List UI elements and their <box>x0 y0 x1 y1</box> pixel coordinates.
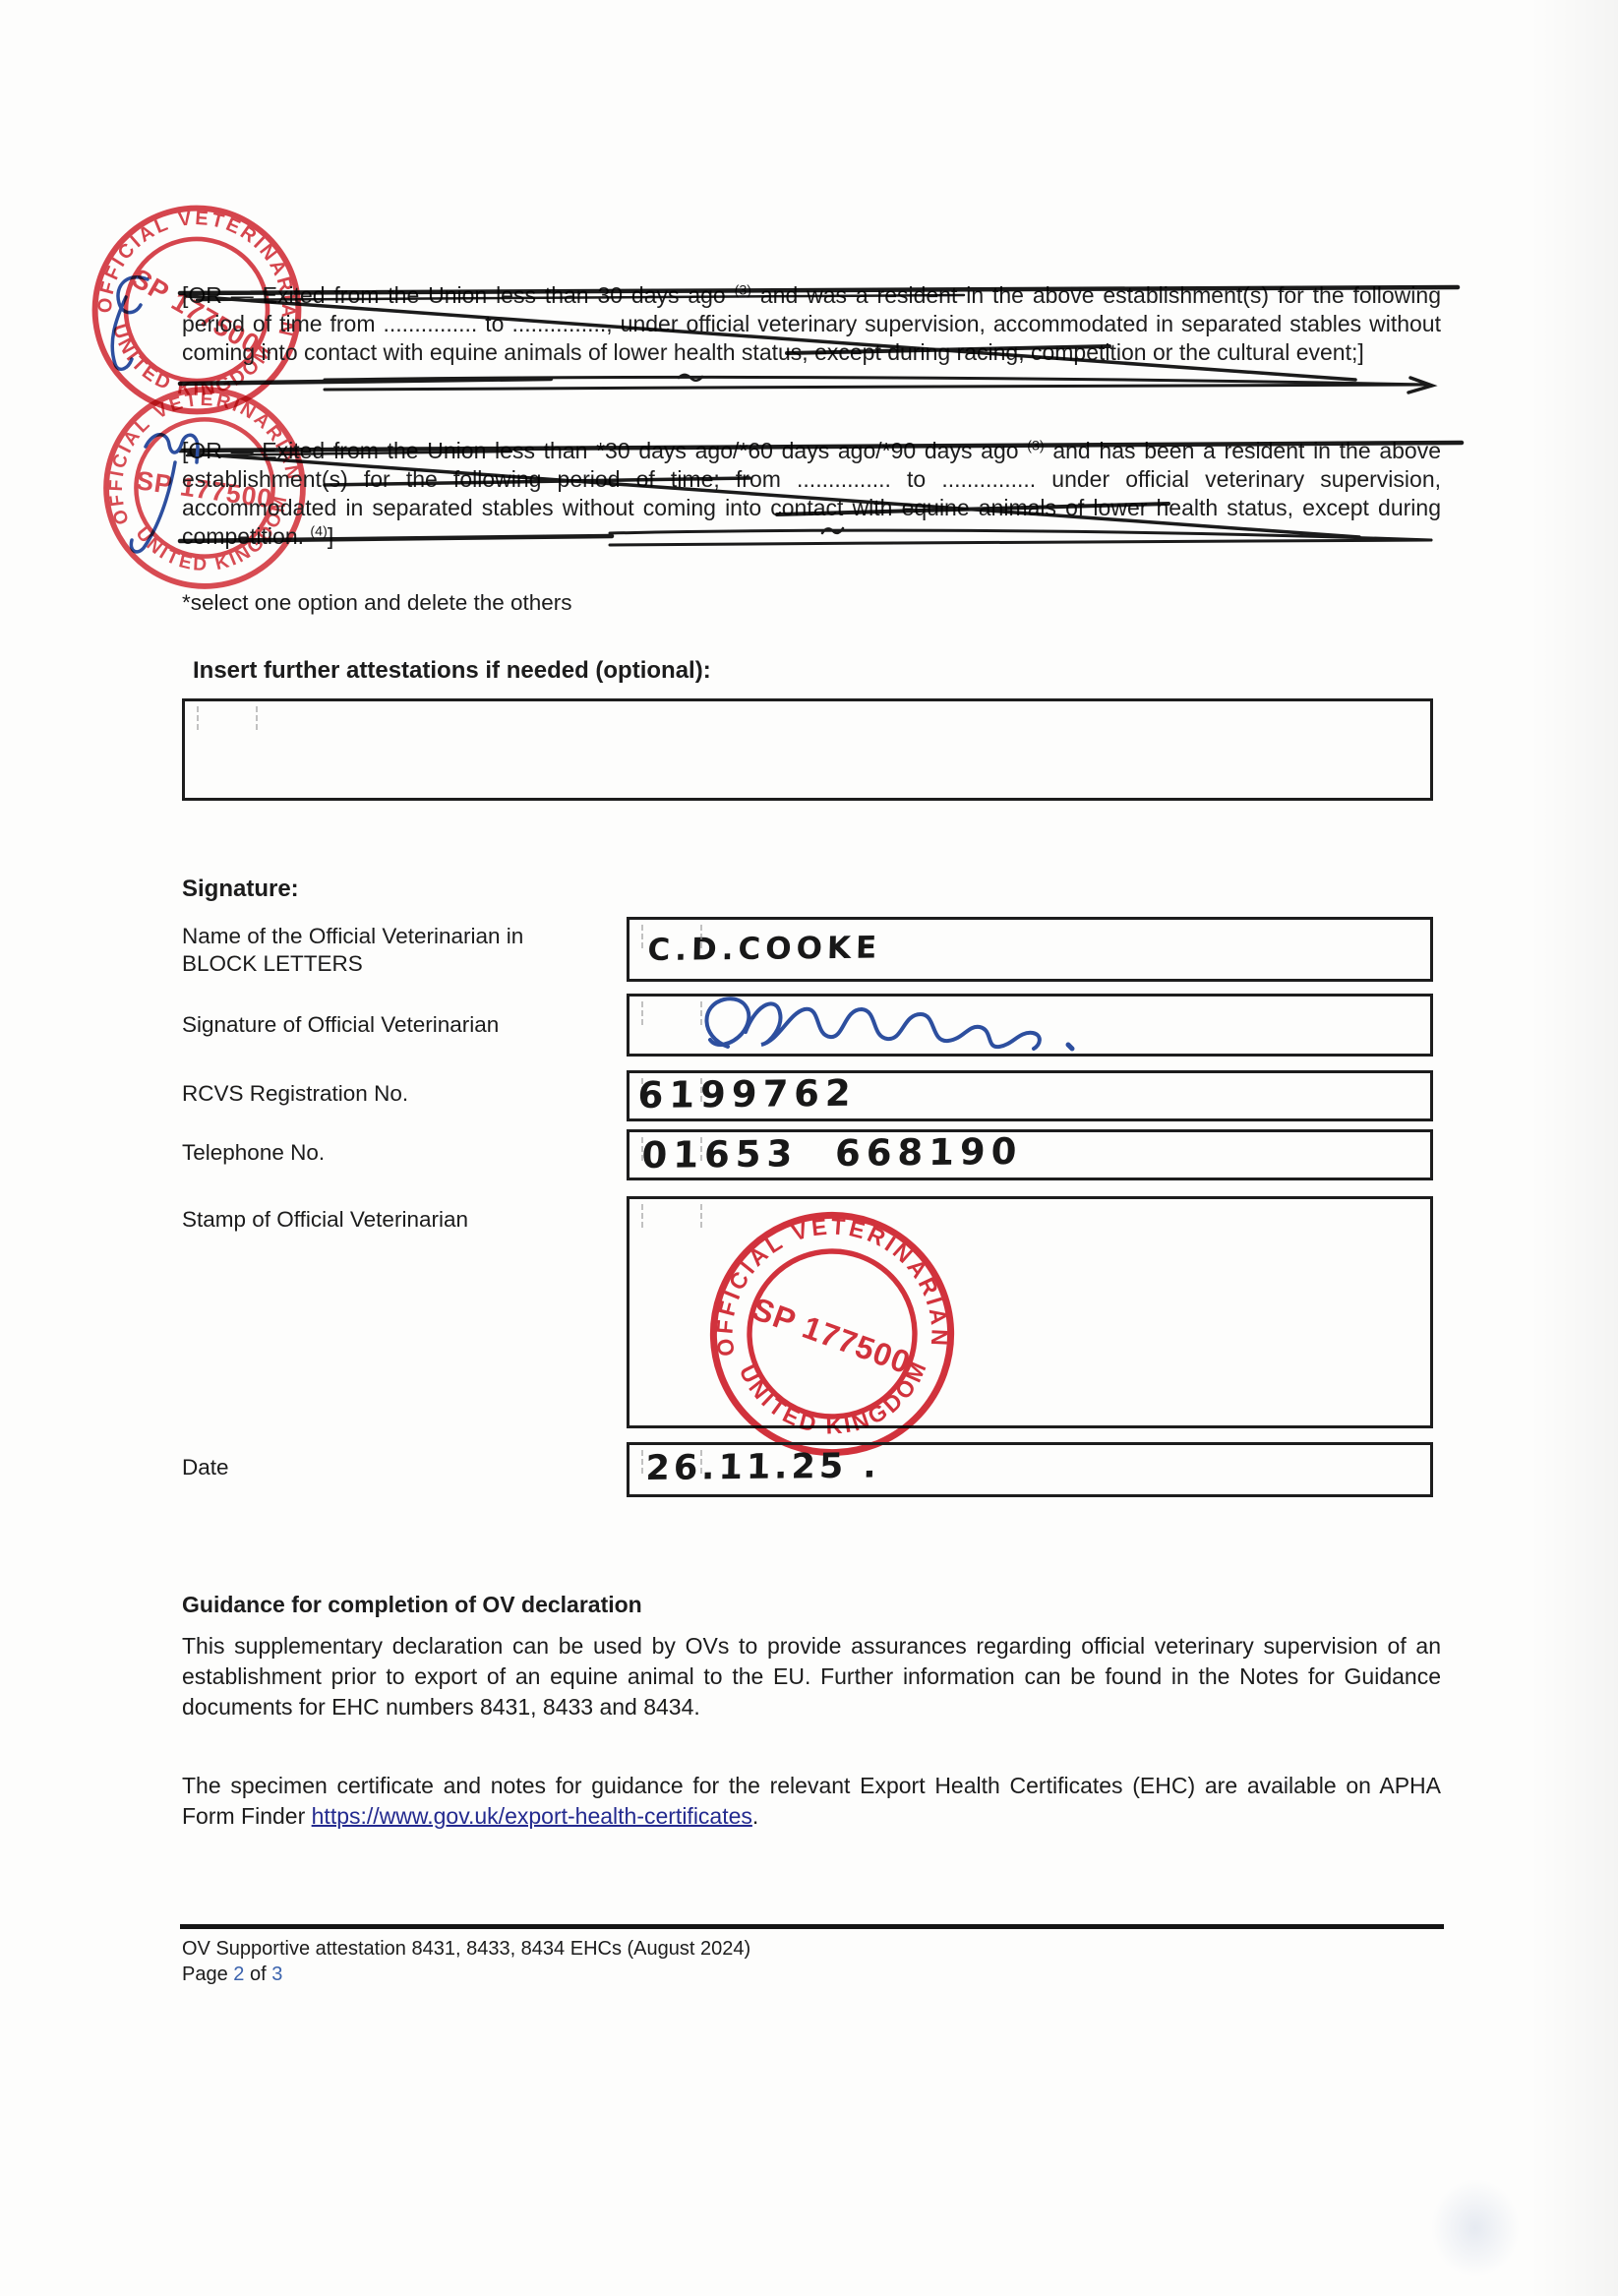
rcvs-label: RCVS Registration No. <box>182 1080 408 1108</box>
option2-text-a: [OR — Exited from the Union less than *3… <box>182 438 1027 463</box>
footer-page-total: 3 <box>271 1964 282 1985</box>
export-health-certificates-link[interactable]: https://www.gov.uk/export-health-certifi… <box>312 1803 752 1829</box>
phone-field-box: 01653 668190 <box>627 1129 1433 1180</box>
footer-page-of: of <box>244 1964 271 1985</box>
date-field-box: 26.11.25 . <box>627 1442 1433 1497</box>
footer: OV Supportive attestation 8431, 8433, 84… <box>182 1936 750 1987</box>
option1-footnote-3: (3) <box>735 282 751 298</box>
name-label: Name of the Official Veterinarian in BLO… <box>182 923 523 978</box>
rcvs-handwritten-value: 6199762 <box>637 1072 857 1117</box>
stamp-label: Stamp of Official Veterinarian <box>182 1206 468 1234</box>
signature-field-box <box>627 994 1433 1057</box>
signature-label: Signature of Official Veterinarian <box>182 1011 499 1039</box>
footer-page-indicator: Page 2 of 3 <box>182 1962 750 1987</box>
option1-text-a: [OR — Exited from the Union less than 30… <box>182 282 735 308</box>
select-option-note: *select one option and delete the others <box>182 590 572 616</box>
footer-page-number: 2 <box>233 1964 244 1985</box>
scan-edge-shadow <box>1529 0 1618 2296</box>
footer-divider <box>180 1924 1444 1929</box>
scanned-document-page: OFFICIAL VETERINARIAN UNITED KINGDOM SP … <box>0 0 1618 2296</box>
option2-footnote-3: (3) <box>1027 438 1044 453</box>
guidance-para2-period: . <box>752 1803 758 1829</box>
attestation-option-2: [OR — Exited from the Union less than *3… <box>182 437 1441 551</box>
footer-document-title: OV Supportive attestation 8431, 8433, 84… <box>182 1936 750 1962</box>
phone-label: Telephone No. <box>182 1139 325 1167</box>
official-veterinarian-stamp-main <box>694 1196 970 1472</box>
signature-heading: Signature: <box>182 876 299 903</box>
further-attestations-heading: Insert further attestations if needed (o… <box>193 657 711 685</box>
attestation-option-1: [OR — Exited from the Union less than 30… <box>182 281 1441 367</box>
further-attestations-box <box>182 698 1433 801</box>
option2-footnote-4: (4) <box>310 523 327 539</box>
name-field-box: C.D.COOKE <box>627 917 1433 982</box>
guidance-paragraph-1: This supplementary declaration can be us… <box>182 1631 1441 1722</box>
rcvs-field-box: 6199762 <box>627 1070 1433 1121</box>
date-label: Date <box>182 1454 229 1481</box>
date-handwritten-value: 26.11.25 . <box>645 1446 880 1488</box>
guidance-heading: Guidance for completion of OV declaratio… <box>182 1592 642 1618</box>
scan-smudge <box>1431 2179 1520 2277</box>
name-handwritten-value: C.D.COOKE <box>647 930 882 968</box>
name-label-line1: Name of the Official Veterinarian in <box>182 923 523 950</box>
footer-page-prefix: Page <box>182 1964 233 1985</box>
option2-text-c: ] <box>328 523 333 549</box>
name-label-line2: BLOCK LETTERS <box>182 950 523 978</box>
guidance-paragraph-2: The specimen certificate and notes for g… <box>182 1771 1441 1832</box>
phone-handwritten-value: 01653 668190 <box>641 1130 1023 1177</box>
